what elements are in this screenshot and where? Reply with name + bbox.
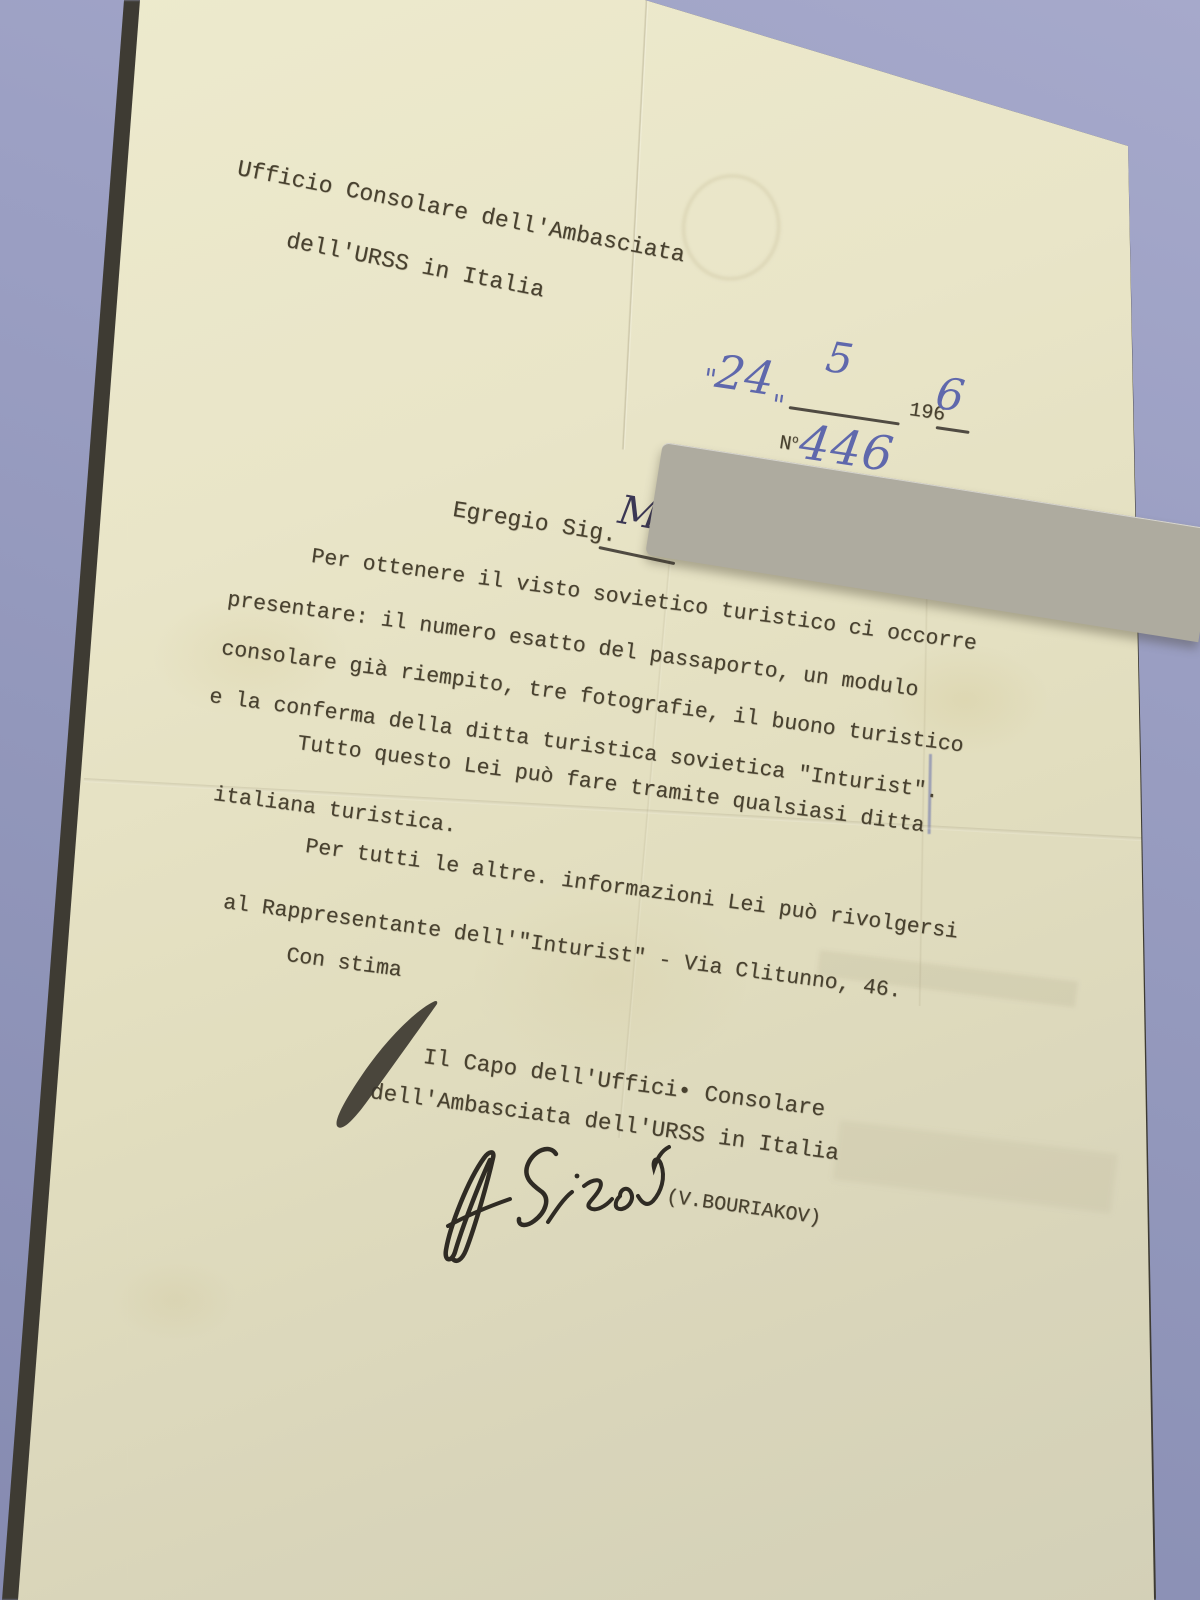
letter-paper: Ufficio Consolare dell'Ambasciata dell'U…: [0, 0, 1200, 1600]
number-label: No: [778, 432, 800, 458]
date-month-handwritten: 5: [823, 332, 857, 384]
date-year-underline: [936, 426, 970, 433]
fold-crease-vertical-top: [621, 0, 649, 450]
date-year-handwritten: 6: [932, 368, 967, 423]
stamp-ghost-mark: [675, 168, 787, 287]
date-day-handwritten: 24: [712, 344, 778, 406]
ink-bleed-ghost-2: [833, 1120, 1118, 1214]
body-line-6: italiana turistica.: [212, 783, 458, 839]
letterhead-line-2: dell'URSS in Italia: [284, 228, 546, 304]
signature-name-typed: (V.BOURIAKOV): [665, 1186, 823, 1230]
salutation-typed: Egregio Sig.: [451, 497, 619, 549]
closing-line: Con stima: [285, 944, 403, 983]
photo-scene: Ufficio Consolare dell'Ambasciata dell'U…: [0, 0, 1200, 1600]
